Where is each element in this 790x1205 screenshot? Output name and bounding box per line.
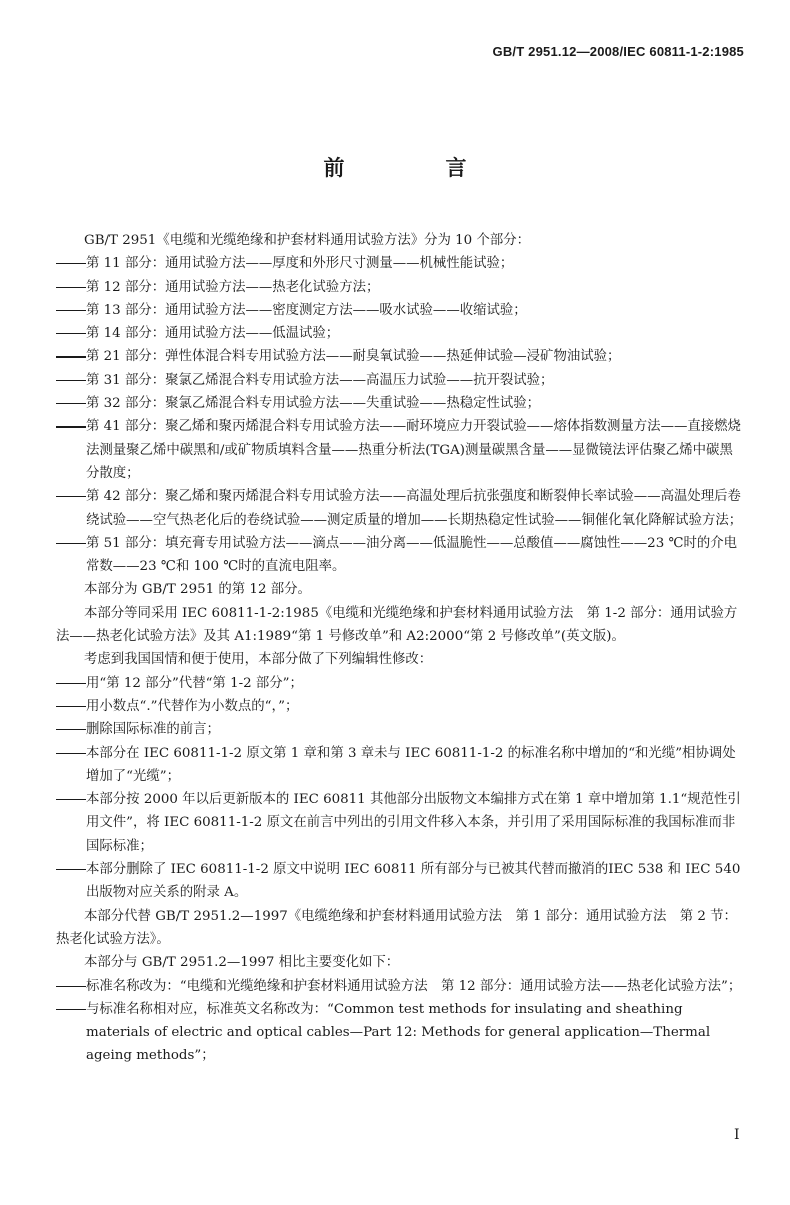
edits-list: 用“第 12 部分”代替“第 1-2 部分”； 用小数点“.”代替作为小数点的“… <box>56 672 744 905</box>
list-item: 标准名称改为：“电缆和光缆绝缘和护套材料通用试验方法 第 12 部分：通用试验方… <box>56 975 744 998</box>
parts-list: 第 11 部分：通用试验方法——厚度和外形尺寸测量——机械性能试验； 第 12 … <box>56 252 744 578</box>
list-item: 本部分按 2000 年以后更新版本的 IEC 60811 其他部分出版物文本编排… <box>56 788 744 858</box>
list-item: 第 32 部分：聚氯乙烯混合料专用试验方法——失重试验——热稳定性试验； <box>56 392 744 415</box>
page-number: I <box>734 1127 740 1143</box>
list-item: 第 13 部分：通用试验方法——密度测定方法——吸水试验——收缩试验； <box>56 299 744 322</box>
adoption-paragraph: 本部分等同采用 IEC 60811-1-2:1985《电缆和光缆绝缘和护套材料通… <box>56 602 744 649</box>
page-title: 前 言 <box>0 152 790 182</box>
list-item: 第 31 部分：聚氯乙烯混合料专用试验方法——高温压力试验——抗开裂试验； <box>56 369 744 392</box>
list-item: 本部分删除了 IEC 60811-1-2 原文中说明 IEC 60811 所有部… <box>56 858 744 905</box>
part12-paragraph: 本部分为 GB/T 2951 的第 12 部分。 <box>84 578 744 601</box>
changes-intro-paragraph: 本部分与 GB/T 2951.2—1997 相比主要变化如下： <box>84 951 744 974</box>
list-item: 用小数点“.”代替作为小数点的“，”； <box>56 695 744 718</box>
list-item: 第 41 部分：聚乙烯和聚丙烯混合料专用试验方法——耐环境应力开裂试验——熔体指… <box>56 415 744 485</box>
changes-list: 标准名称改为：“电缆和光缆绝缘和护套材料通用试验方法 第 12 部分：通用试验方… <box>56 975 744 1068</box>
list-item: 第 11 部分：通用试验方法——厚度和外形尺寸测量——机械性能试验； <box>56 252 744 275</box>
list-item: 用“第 12 部分”代替“第 1-2 部分”； <box>56 672 744 695</box>
foreword-body: GB/T 2951《电缆和光缆绝缘和护套材料通用试验方法》分为 10 个部分： … <box>84 229 744 1068</box>
list-item: 与标准名称相对应，标准英文名称改为：“Common test methods f… <box>56 998 744 1068</box>
list-item: 删除国际标准的前言； <box>56 718 744 741</box>
standard-code-header: GB/T 2951.12—2008/IEC 60811-1-2:1985 <box>493 44 744 59</box>
list-item: 第 14 部分：通用试验方法——低温试验； <box>56 322 744 345</box>
list-item: 第 51 部分：填充膏专用试验方法——滴点——油分离——低温脆性——总酸值——腐… <box>56 532 744 579</box>
list-item: 第 21 部分：弹性体混合料专用试验方法——耐臭氧试验——热延伸试验—浸矿物油试… <box>56 345 744 368</box>
list-item: 第 42 部分：聚乙烯和聚丙烯混合料专用试验方法——高温处理后抗张强度和断裂伸长… <box>56 485 744 532</box>
edits-intro-paragraph: 考虑到我国国情和便于使用，本部分做了下列编辑性修改： <box>84 648 744 671</box>
replacement-paragraph: 本部分代替 GB/T 2951.2—1997《电缆绝缘和护套材料通用试验方法 第… <box>56 905 744 952</box>
list-item: 本部分在 IEC 60811-1-2 原文第 1 章和第 3 章未与 IEC 6… <box>56 742 744 789</box>
intro-paragraph: GB/T 2951《电缆和光缆绝缘和护套材料通用试验方法》分为 10 个部分： <box>84 229 744 252</box>
list-item: 第 12 部分：通用试验方法——热老化试验方法； <box>56 276 744 299</box>
